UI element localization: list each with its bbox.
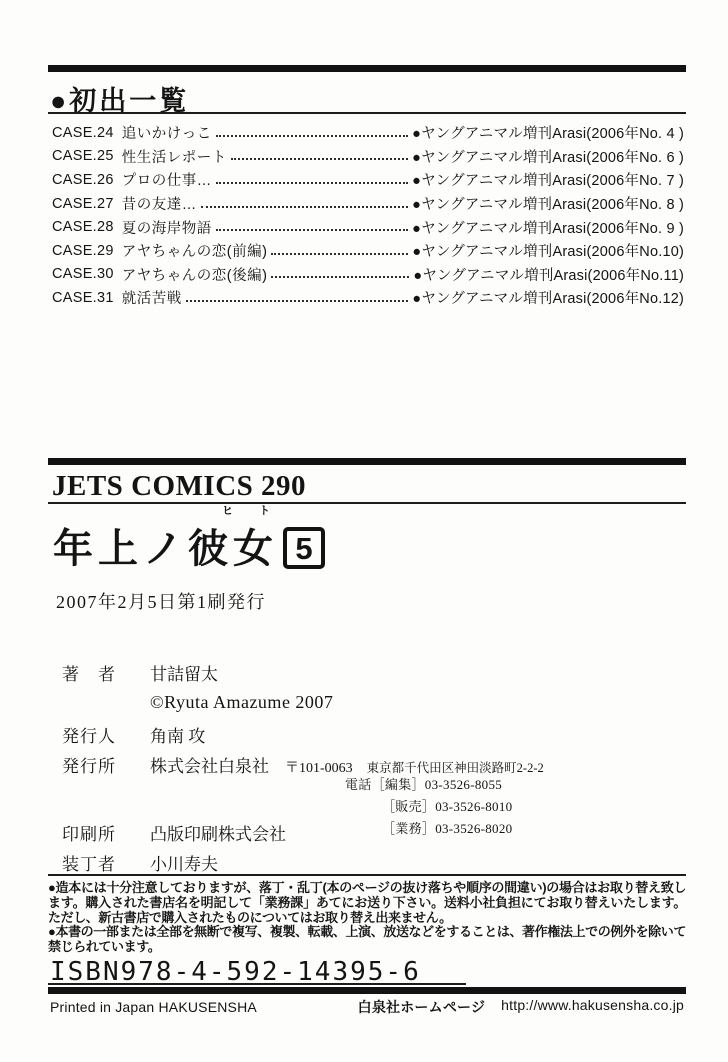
dotted-leader — [216, 135, 408, 137]
notices-divider-rule — [48, 874, 686, 876]
publication-row: CASE.29 アヤちゃんの恋(前編) ●ヤングアニマル増刊Arasi(2006… — [52, 239, 684, 263]
author-name: 甘詰留太 — [150, 660, 218, 685]
episode-title: 就活苦戦 — [122, 287, 182, 308]
publisher-label: 発行所 — [62, 752, 150, 777]
case-number: CASE.25 — [52, 148, 114, 164]
author-label: 著 者 — [62, 660, 150, 685]
publisher-person-label: 発行人 — [62, 722, 150, 747]
phone-business: ［業務］03-3526-8020 — [345, 818, 512, 840]
publication-row: CASE.24 追いかけっこ ●ヤングアニマル増刊Arasi(2006年No. … — [52, 121, 684, 145]
website-label: 白泉社ホームページ — [358, 997, 486, 1017]
page-content: ●初出一覧 CASE.24 追いかけっこ ●ヤングアニマル増刊Arasi(200… — [48, 0, 686, 1062]
first-publication-list: CASE.24 追いかけっこ ●ヤングアニマル増刊Arasi(2006年No. … — [52, 121, 684, 310]
series-underline — [48, 502, 686, 504]
dotted-leader — [186, 300, 409, 302]
imprint-divider-rule — [48, 458, 686, 465]
case-number: CASE.30 — [52, 266, 114, 282]
book-title-ruby: 彼女ヒト — [188, 517, 278, 574]
episode-title: プロの仕事… — [122, 169, 212, 190]
source-magazine: ●ヤングアニマル増刊Arasi(2006年No. 4 ) — [412, 122, 684, 143]
dotted-leader — [271, 253, 408, 255]
source-magazine: ●ヤングアニマル増刊Arasi(2006年No.12) — [412, 287, 684, 308]
dotted-leader — [201, 206, 408, 208]
legal-notices: ●造本には十分注意しておりますが、落丁・乱丁(本のページの抜け落ちや順序の間違い… — [48, 881, 686, 955]
source-magazine: ●ヤングアニマル増刊Arasi(2006年No. 6 ) — [412, 146, 684, 167]
publisher-person-row: 発行人 角南 攻 — [62, 722, 205, 747]
series-label: JETS COMICS 290 — [52, 470, 306, 503]
publisher-person-name: 角南 攻 — [150, 722, 205, 747]
phone-block: 電話［編集］03-3526-8055 ［販売］03-3526-8010 ［業務］… — [345, 774, 512, 840]
source-magazine: ●ヤングアニマル増刊Arasi(2006年No.11) — [413, 264, 684, 285]
volume-number-box: 5 — [283, 527, 325, 569]
source-magazine: ●ヤングアニマル増刊Arasi(2006年No. 7 ) — [412, 169, 684, 190]
designer-name: 小川寿夫 — [150, 850, 218, 875]
book-title-base: 彼女 — [188, 527, 278, 571]
episode-title: 昔の友達… — [122, 193, 197, 214]
episode-title: 性生活レポート — [122, 146, 227, 167]
source-magazine: ●ヤングアニマル増刊Arasi(2006年No. 8 ) — [412, 193, 684, 214]
case-number: CASE.26 — [52, 172, 114, 188]
case-number: CASE.31 — [52, 290, 114, 306]
copyright-notice: ©Ryuta Amazume 2007 — [150, 692, 333, 713]
publication-row: CASE.25 性生活レポート ●ヤングアニマル増刊Arasi(2006年No.… — [52, 145, 684, 169]
printer-label: 印刷所 — [62, 820, 150, 845]
top-divider-rule — [48, 65, 686, 72]
phone-sales: ［販売］03-3526-8010 — [345, 796, 512, 818]
publication-row: CASE.31 就活苦戦 ●ヤングアニマル増刊Arasi(2006年No.12) — [52, 286, 684, 310]
case-number: CASE.24 — [52, 125, 114, 141]
phone-editorial: 電話［編集］03-3526-8055 — [345, 774, 512, 796]
case-number: CASE.29 — [52, 243, 114, 259]
printed-in-japan-label: Printed in Japan HAKUSENSHA — [50, 999, 257, 1015]
isbn-underline — [48, 983, 466, 985]
postal-code: 〒101-0063 — [285, 757, 353, 777]
page-footer: Printed in Japan HAKUSENSHA 白泉社ホームページ ht… — [50, 997, 684, 1017]
website-url: http://www.hakusensha.co.jp — [501, 997, 684, 1017]
printer-name: 凸版印刷株式会社 — [150, 820, 286, 845]
publication-row: CASE.30 アヤちゃんの恋(後編) ●ヤングアニマル増刊Arasi(2006… — [52, 263, 684, 287]
dotted-leader — [271, 276, 409, 278]
book-title: 年上ノ彼女ヒト5 — [53, 505, 325, 574]
episode-title: アヤちゃんの恋(前編) — [122, 240, 268, 261]
copyright-restriction-notice: ●本書の一部または全部を無断で複写、複製、転載、上演、放送などをすることは、著作… — [48, 925, 686, 955]
publisher-website: 白泉社ホームページ http://www.hakusensha.co.jp — [358, 997, 684, 1017]
publication-row: CASE.27 昔の友達… ●ヤングアニマル増刊Arasi(2006年No. 8… — [52, 192, 684, 216]
publisher-name: 株式会社白泉社 — [150, 752, 269, 777]
dotted-leader — [216, 182, 408, 184]
dotted-leader — [231, 158, 408, 160]
heading-underline — [48, 112, 686, 114]
episode-title: アヤちゃんの恋(後編) — [122, 264, 268, 285]
designer-row: 装丁者 小川寿夫 — [62, 850, 218, 875]
book-title-prefix: 年上ノ — [53, 527, 188, 571]
episode-title: 夏の海岸物語 — [122, 217, 212, 238]
designer-label: 装丁者 — [62, 850, 150, 875]
printer-row: 印刷所 凸版印刷株式会社 — [62, 820, 286, 845]
print-date: 2007年2月5日第1刷発行 — [56, 588, 266, 614]
bottom-divider-rule — [48, 987, 686, 994]
publication-row: CASE.26 プロの仕事… ●ヤングアニマル増刊Arasi(2006年No. … — [52, 168, 684, 192]
episode-title: 追いかけっこ — [122, 122, 212, 143]
case-number: CASE.27 — [52, 196, 114, 212]
book-title-furigana: ヒト — [222, 506, 296, 517]
copyright-row: ©Ryuta Amazume 2007 — [62, 692, 333, 713]
source-magazine: ●ヤングアニマル増刊Arasi(2006年No. 9 ) — [412, 217, 684, 238]
source-magazine: ●ヤングアニマル増刊Arasi(2006年No.10) — [412, 240, 684, 261]
colophon-page: ●初出一覧 CASE.24 追いかけっこ ●ヤングアニマル増刊Arasi(200… — [0, 0, 728, 1062]
case-number: CASE.28 — [52, 219, 114, 235]
author-row: 著 者 甘詰留太 — [62, 660, 218, 685]
replacement-notice: ●造本には十分注意しておりますが、落丁・乱丁(本のページの抜け落ちや順序の間違い… — [48, 881, 686, 925]
publication-row: CASE.28 夏の海岸物語 ●ヤングアニマル増刊Arasi(2006年No. … — [52, 215, 684, 239]
dotted-leader — [216, 229, 408, 231]
